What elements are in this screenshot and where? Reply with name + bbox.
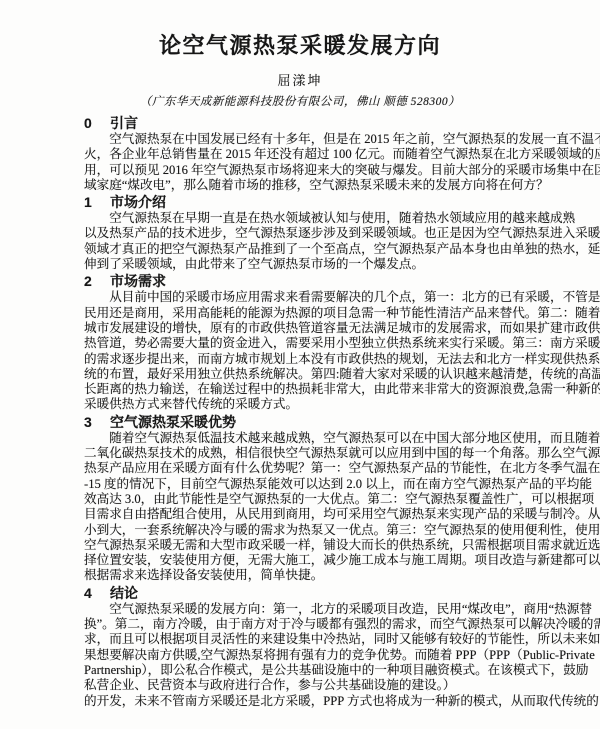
- paragraph: 空气源热泵在中国发展已经有十多年，但是在 2015 年之前，空气源热泵的发展一直…: [84, 132, 516, 193]
- paragraph: 空气源热泵采暖的发展方向：第一，北方的采暖项目改造，民用“煤改电”，商用“热源替…: [84, 602, 516, 694]
- text-line: 以及热泵产品的技术进步，空气源热泵逐步涉及到采暖领域。也正是因为空气源热泵进入采…: [84, 226, 516, 241]
- text-line: 长距离的热力输送，在输送过程中的热损耗非常大，由此带来非常大的资源浪费,急需一种…: [84, 382, 516, 397]
- section-number: 0: [84, 114, 110, 132]
- text-line: 根据需求来选择设备安装使用，简单快捷。: [84, 568, 516, 583]
- text-line: 统的布置，最好采用独立供热系统解决。第四:随着大家对采暖的认识越来越清楚，传统的…: [84, 367, 516, 382]
- text-line: 私营企业、民营资本与政府进行合作，参与公共基础设施的建设。）: [84, 678, 516, 693]
- text-line: 火，各企业年总销售量在 2015 年还没有超过 100 亿元。而随着空气源热泵在…: [84, 147, 516, 162]
- paragraph: 的开发，未来不管南方采暖还是北方采暖，PPP 方式也将成为一种新的模式，从而取代…: [84, 694, 516, 709]
- text-line: 热泵产品应用在采暖方面有什么优势呢？第一：空气源热泵产品的节能性，在北方冬季气温…: [84, 461, 516, 476]
- text-line: 的需求逐步提出来，而南方城市规划上本没有市政供热的规划，无法去和北方一样实现供热…: [84, 352, 516, 367]
- text-line: 效高达 3.0，由此节能性是空气源热泵的一大优点。第二：空气源热泵覆盖性广，可以…: [84, 492, 516, 507]
- text-line: 的开发，未来不管南方采暖还是北方采暖，PPP 方式也将成为一种新的模式，从而取代…: [84, 694, 516, 709]
- scanned-paper-page: 论空气源热泵采暖发展方向 屈漾坤 （广东华天成新能源科技股份有限公司，佛山 顺德…: [0, 0, 600, 729]
- text-line: 小到大，一套系统解决冷与暖的需求为热泵又一优点。第三：空气源热泵的使用便利性，使…: [84, 523, 516, 538]
- paper-affiliation: （广东华天成新能源科技股份有限公司，佛山 顺德 528300）: [84, 95, 516, 109]
- text-line: 城市发展建设的增快，原有的市政供热管道容量无法满足城市的发展需求，而如果扩建市政…: [84, 321, 516, 336]
- text-line: 从目前中国的采暖市场应用需求来看需要解决的几个点，第一：北方的已有采暖，不管是: [84, 290, 516, 305]
- paper-title: 论空气源热泵采暖发展方向: [84, 0, 516, 59]
- section-heading: 1市场介绍: [84, 193, 516, 211]
- paper-body: 0引言空气源热泵在中国发展已经有十多年，但是在 2015 年之前，空气源热泵的发…: [84, 114, 516, 709]
- paragraph: 从目前中国的采暖市场应用需求来看需要解决的几个点，第一：北方的已有采暖，不管是民…: [84, 290, 516, 412]
- section-number: 1: [84, 193, 110, 211]
- section-number: 4: [84, 584, 110, 602]
- text-line: 求，而且可以根据项目灵活性的来建设集中冷热站，同时又能够有较好的节能性，所以未来…: [84, 632, 516, 647]
- text-line: 目需求自由搭配组合使用，从民用到商用，均可采用空气源热泵来实现产品的采暖与制冷。…: [84, 507, 516, 522]
- text-line: 空气源热泵采暖无需和大型市政采暖一样，铺设大而长的供热系统，只需根据项目需求就近…: [84, 538, 516, 553]
- section-title: 引言: [110, 115, 138, 131]
- text-line: 空气源热泵采暖的发展方向：第一，北方的采暖项目改造，民用“煤改电”，商用“热源替: [84, 602, 516, 617]
- paragraph: 随着空气源热泵低温技术越来越成熟，空气源热泵可以在中国大部分地区使用，而且随着二…: [84, 431, 516, 584]
- paragraph: 空气源热泵在早期一直是在热水领域被认知与使用，随着热水领域应用的越来越成熟以及热…: [84, 211, 516, 272]
- section-heading: 4结论: [84, 584, 516, 602]
- page-content: 论空气源热泵采暖发展方向 屈漾坤 （广东华天成新能源科技股份有限公司，佛山 顺德…: [0, 0, 600, 709]
- text-line: 空气源热泵在中国发展已经有十多年，但是在 2015 年之前，空气源热泵的发展一直…: [84, 132, 516, 147]
- paper-author: 屈漾坤: [84, 73, 516, 89]
- text-line: 用，可以预见 2016 年空气源热泵市场将迎来大的突破与爆发。目前大部分的采暖市…: [84, 163, 516, 178]
- text-line: 伸到了采暖领域，由此带来了空气源热泵市场的一个爆发点。: [84, 257, 516, 272]
- section-title: 市场需求: [110, 273, 166, 289]
- text-line: 择位置安装，安装使用方便，无需大施工，减少施工成本与施工周期。项目改造与新建都可…: [84, 553, 516, 568]
- text-line: 领域才真正的把空气源热泵产品推到了一个至高点，空气源热泵产品本身也由单独的热水，…: [84, 242, 516, 257]
- text-line: 果想要解决南方供暖,空气源热泵将拥有强有力的竞争优势。而随着 PPP（PPP（P…: [84, 648, 516, 663]
- section-number: 2: [84, 272, 110, 290]
- text-line: 随着空气源热泵低温技术越来越成熟，空气源热泵可以在中国大部分地区使用，而且随着: [84, 431, 516, 446]
- text-line: Partnership），即公私合作模式，是公共基础设施中的一种项目融资模式。在…: [84, 663, 516, 678]
- section-heading: 0引言: [84, 114, 516, 132]
- section-title: 结论: [110, 585, 138, 601]
- section-number: 3: [84, 413, 110, 431]
- section-heading: 2市场需求: [84, 272, 516, 290]
- text-line: 热管道，势必需要大量的资金进入，需要采用小型独立供热系统来实行采暖。第三：南方采…: [84, 336, 516, 351]
- section-title: 空气源热泵采暖优势: [110, 414, 236, 430]
- text-line: 空气源热泵在早期一直是在热水领域被认知与使用，随着热水领域应用的越来越成熟: [84, 211, 516, 226]
- section-heading: 3空气源热泵采暖优势: [84, 413, 516, 431]
- section-title: 市场介绍: [110, 194, 166, 210]
- text-line: 换”。第二，南方冷暖，由于南方对于冷与暖都有强烈的需求，而空气源热泵可以解决冷暖…: [84, 617, 516, 632]
- text-line: 采暖供热方式来替代传统的采暖方式。: [84, 397, 516, 412]
- text-line: 二氧化碳热泵技术的成熟，相信很快空气源热泵就可以应用到中国的每一个角落。那么空气…: [84, 446, 516, 461]
- text-line: -15 度的情况下，目前空气源热泵能效可以达到 2.0 以上，而在南方空气源热泵…: [84, 477, 516, 492]
- text-line: 民用还是商用，采用高能耗的能源为热源的项目急需一种节能性清洁产品来替代。第二：随…: [84, 306, 516, 321]
- text-line: 域家庭“煤改电”，那么随着市场的推移，空气源热泵采暖未来的发展方向将在何方？: [84, 178, 516, 193]
